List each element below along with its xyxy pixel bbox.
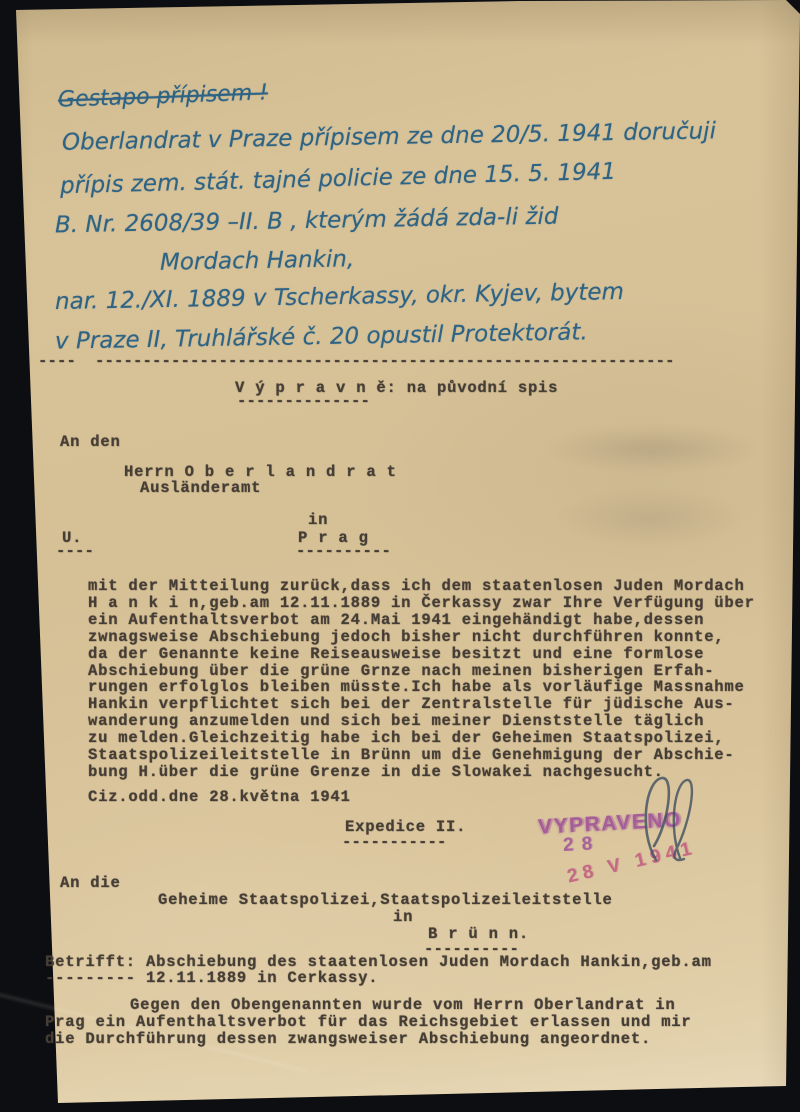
paragraph-line: Staatspolizeileitstelle in Brünn um die … (88, 747, 755, 764)
address2-recipient: Geheime Staatspolizei,Staatspolizeileits… (158, 891, 613, 909)
address1-office: Ausländeramt (140, 479, 261, 497)
main-paragraph: mit der Mitteilung zurück,dass ich dem s… (88, 578, 755, 781)
paragraph-line: H a n k i n,geb.am 12.11.1889 in Čerkass… (88, 595, 755, 612)
scanned-document-page: { "handwriting": { "line0": "Gestapo pří… (0, 0, 800, 1112)
paragraph-line: zu melden.Gleichzeitig habe ich bei der … (88, 730, 755, 747)
paragraph-line: ein Aufenthaltsverbot am 24.Mai 1941 ein… (88, 612, 755, 629)
address1-in: in (308, 511, 328, 529)
address1-an-den: An den (60, 433, 121, 451)
paragraph-line: da der Genannte keine Reiseausweise besi… (88, 646, 755, 663)
closing-paragraph-line: Prag ein Aufenthaltsverbot für das Reich… (45, 1014, 692, 1031)
address2-an-die: An die (60, 874, 121, 892)
paragraph-line: Abschiebung über die grüne Grnze nach me… (88, 663, 755, 680)
expedice-underline: ----------- (342, 833, 447, 851)
betrifft-line2: --------- 12.11.1889 in Cerkassy. (45, 969, 378, 987)
typed-divider-line: ---- -----------------------------------… (38, 352, 675, 370)
paragraph-line: mit der Mitteilung zurück,dass ich dem s… (88, 578, 755, 595)
paragraph-line: wanderung anzumelden und sich bei meiner… (88, 713, 755, 730)
closing-paragraph-line: Gegen den Obengenannten wurde vom Herrn … (130, 997, 675, 1014)
handwritten-note-line4: Mordach Hankin, (160, 246, 355, 275)
paragraph-line: zwnagsweise Abschiebung jedoch bisher ni… (88, 629, 755, 646)
address1-u-underline: ---- (56, 542, 94, 560)
paragraph-line: rungen erfolglos bleiben müsste.Ich habe… (88, 679, 755, 696)
handwritten-signature (618, 772, 708, 867)
dispatch-note-underline: -------------- (237, 392, 370, 410)
stamp-day-number: 28 (562, 833, 600, 857)
date-line: Ciz.odd.dne 28.května 1941 (88, 788, 351, 806)
address1-city-underline: ---------- (296, 542, 391, 560)
paragraph-line: Hankin verpflichtet sich bei der Zentral… (88, 696, 755, 713)
closing-paragraph-line: die Durchführung dessen zwangsweiser Abs… (45, 1031, 651, 1048)
address2-in: in (393, 908, 413, 926)
